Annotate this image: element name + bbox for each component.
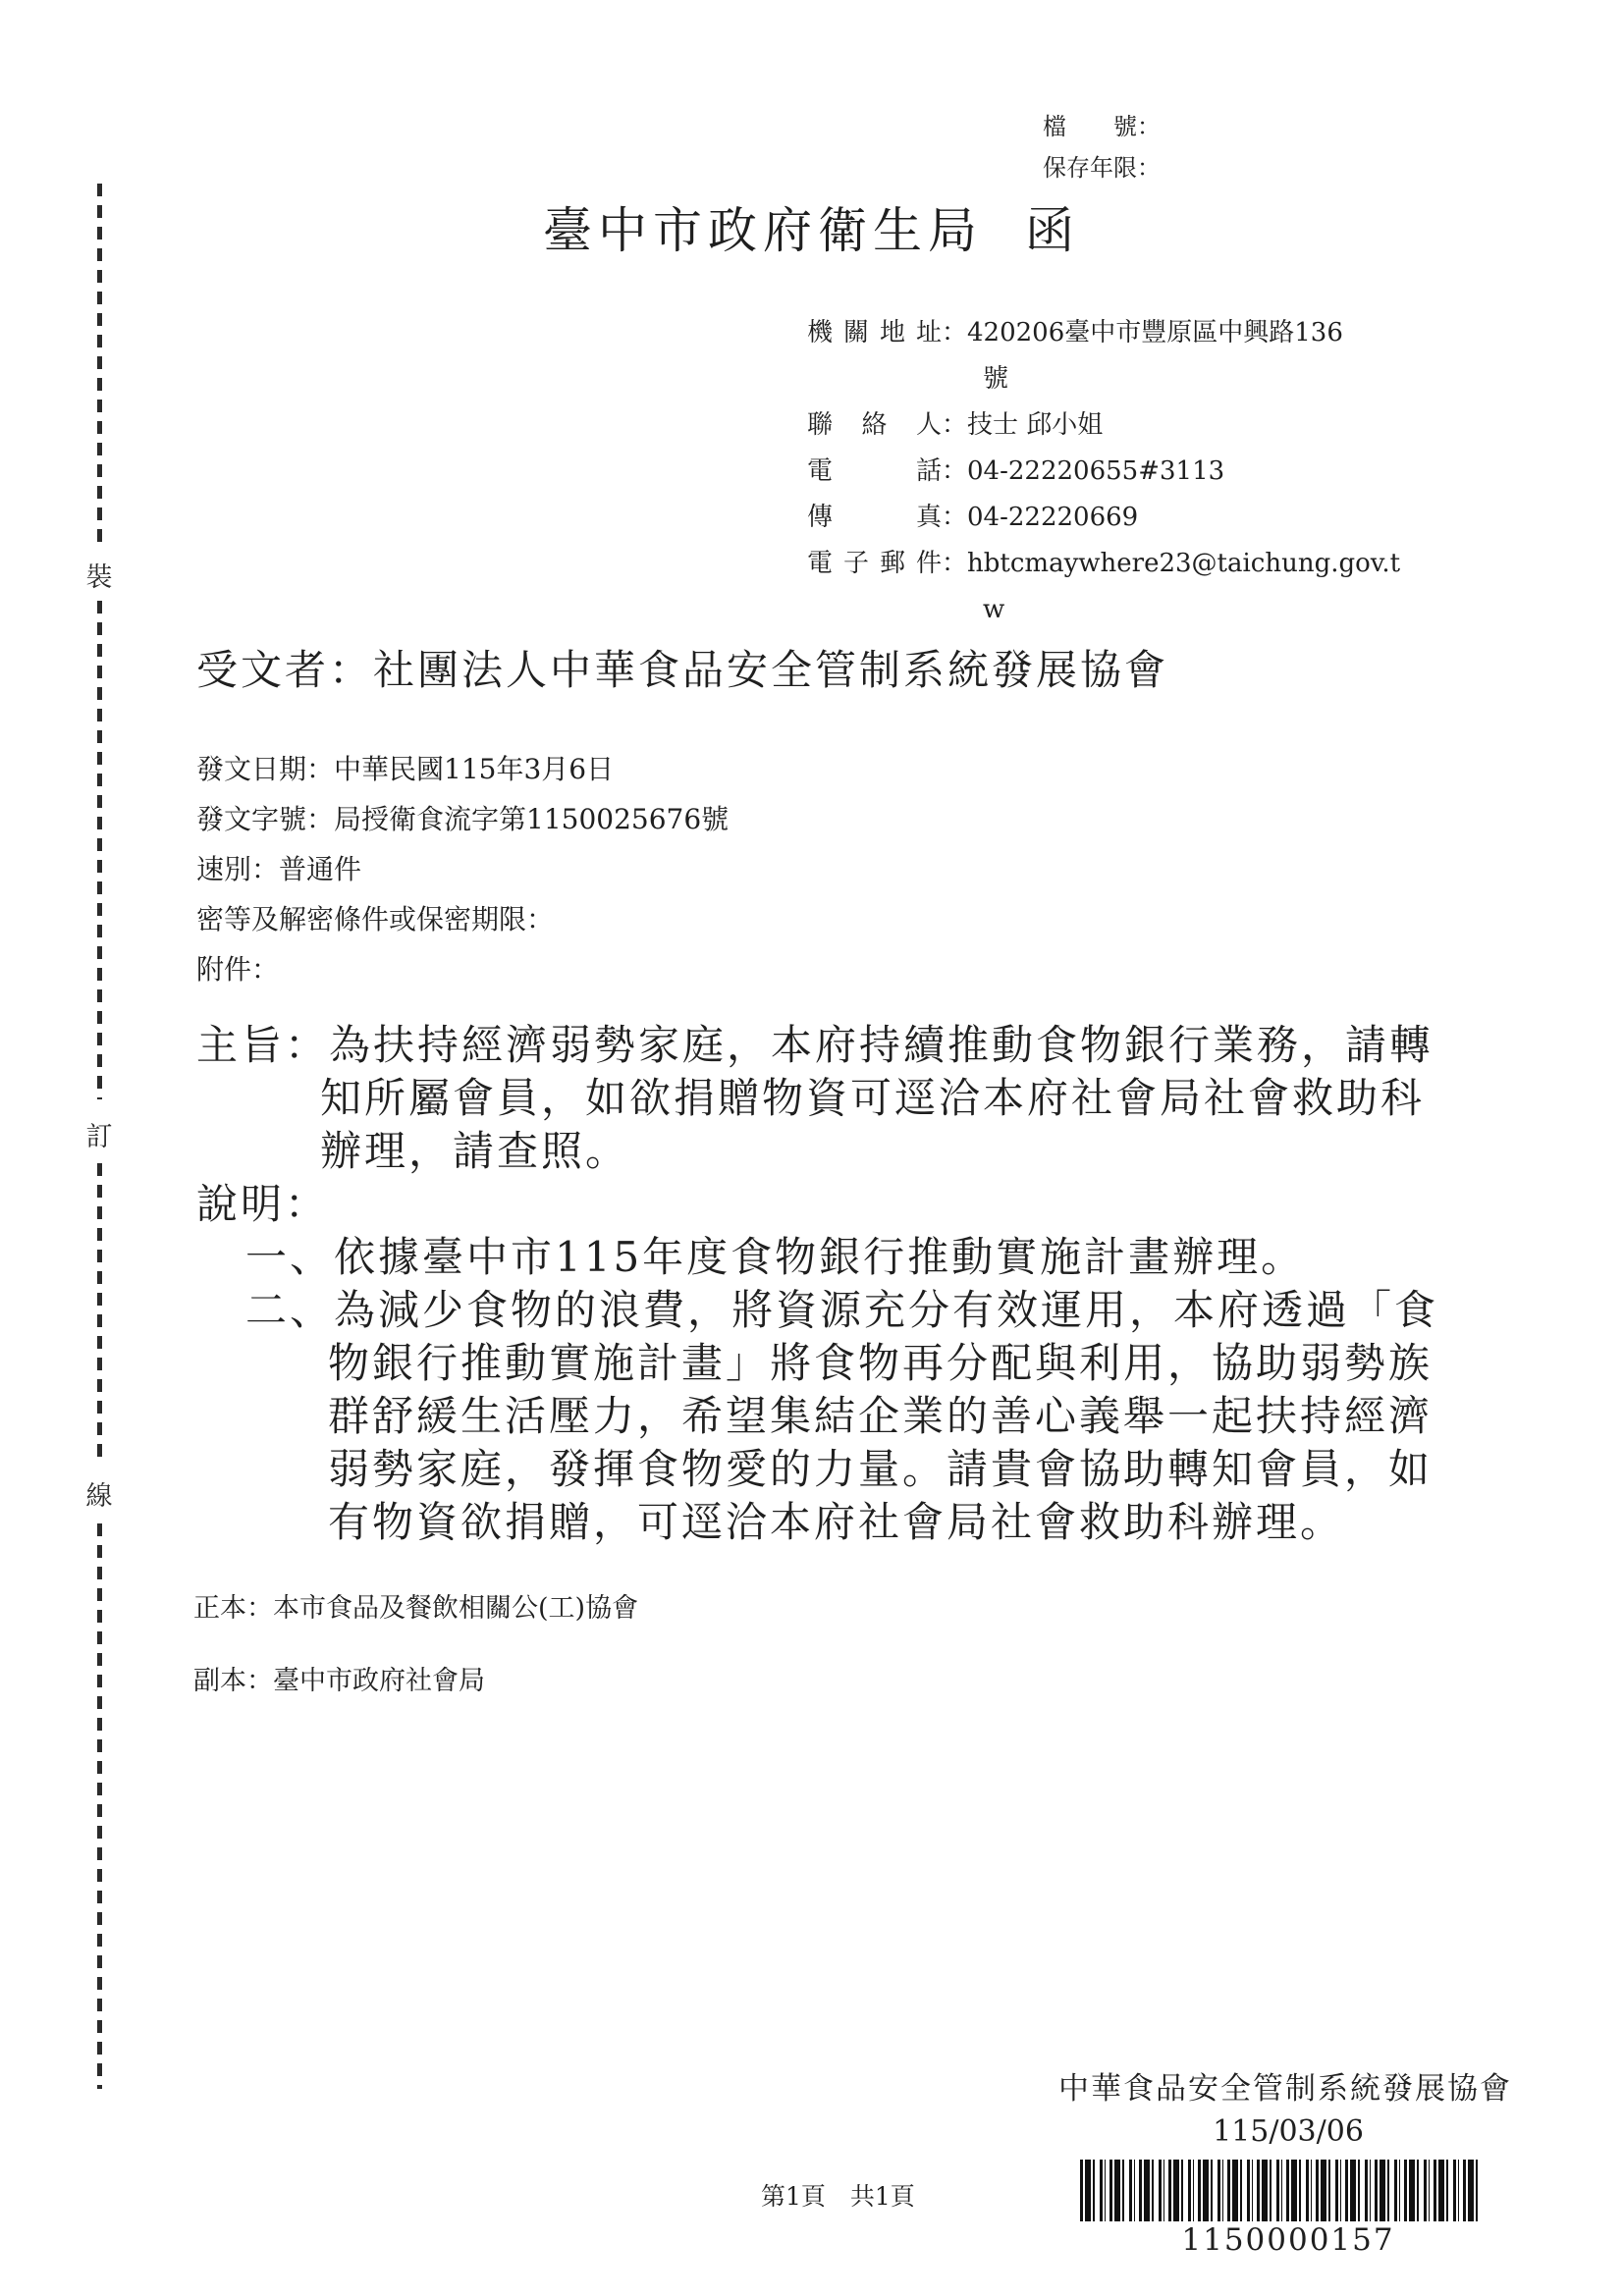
item-text: 為減少食物的浪費，將資源充分有效運用，本府透過「食: [334, 1286, 1438, 1334]
description-item-2: 二、為減少食物的浪費，將資源充分有效運用，本府透過「食 物銀行推動實施計畫」將食…: [245, 1284, 1512, 1549]
document-type: 函: [1025, 191, 1080, 262]
subject-line: 知所屬會員，如欲捐贈物資可逕洽本府社會局社會救助科: [196, 1072, 1512, 1125]
contact-label: 電話: [807, 449, 942, 495]
barcode-number: 1150000157: [1161, 2222, 1416, 2258]
item-text-line: 有物資欲捐贈，可逕洽本府社會局社會救助科辦理。: [245, 1496, 1512, 1549]
priority-line: 速別：普通件: [196, 844, 729, 894]
classification-line: 密等及解密條件或保密期限：: [196, 894, 729, 944]
contact-colon: ：: [942, 495, 967, 541]
contact-value-line: w: [967, 587, 1494, 633]
attachment-line: 附件：: [196, 944, 729, 994]
official-letter-page: 裝 訂 線 檔 號： 保存年限： 臺中市政府衛生局函 機關地址： 420206臺…: [0, 0, 1623, 2296]
contact-label: 傳真: [807, 495, 942, 541]
contact-row-phone: 電話： 04-22220655#3113: [807, 449, 1494, 495]
item-text-line: 物銀行推動實施計畫」將食物再分配與利用，協助弱勢族: [245, 1337, 1512, 1390]
receiver-org-stamp: 中華食品安全管制系統發展協會: [1058, 2063, 1512, 2108]
copies-block: 正本：本市食品及餐飲相關公(工)協會 副本：臺中市政府社會局: [193, 1573, 638, 1718]
issue-date-line: 發文日期：中華民國115年3月6日: [196, 744, 729, 794]
file-number-block: 檔 號： 保存年限：: [1043, 106, 1161, 188]
issuing-agency-name: 臺中市政府衛生局: [543, 191, 983, 262]
document-title: 臺中市政府衛生局函: [0, 196, 1623, 257]
contact-colon: ：: [942, 449, 967, 495]
binding-label-xian: 線: [82, 1474, 116, 1513]
contact-label: 電子郵件: [807, 541, 942, 587]
retention-period-label: 保存年限：: [1043, 147, 1161, 188]
contact-colon: ：: [942, 402, 967, 449]
subject-text: 為扶持經濟弱勢家庭，本府持續推動食物銀行業務，請轉: [329, 1021, 1434, 1069]
contact-row-email: 電子郵件： hbtcmaywhere23@taichung.gov.t w: [807, 541, 1494, 633]
original-copy-line: 正本：本市食品及餐飲相關公(工)協會: [193, 1573, 638, 1645]
page-number-info: 第1頁 共1頁: [761, 2177, 915, 2213]
item-number: 二、: [245, 1284, 334, 1337]
contact-row-fax: 傳真： 04-22220669: [807, 495, 1494, 541]
contact-value-line: 04-22220669: [967, 495, 1494, 541]
contact-value-line: 號: [967, 356, 1494, 402]
subject-label: 主旨：: [196, 1019, 329, 1072]
item-text-line: 群舒緩生活壓力，希望集結企業的善心義舉一起扶持經濟: [245, 1390, 1512, 1443]
item-text-line: 弱勢家庭，發揮食物愛的力量。請貴會協助轉知會員，如: [245, 1443, 1512, 1496]
binding-label-zhuang: 裝: [82, 556, 116, 594]
contact-row-person: 聯絡人： 技士 邱小姐: [807, 402, 1494, 449]
recipient-line: 受文者：社團法人中華食品安全管制系統發展協會: [196, 638, 1168, 697]
binding-dashed-line-segment: [97, 1523, 102, 2089]
contact-label: 機關地址: [807, 310, 942, 356]
barcode: [1080, 2160, 1481, 2221]
binding-dashed-line-segment: [97, 601, 102, 1099]
received-date: 115/03/06: [1161, 2114, 1416, 2149]
contact-value-line: 技士 邱小姐: [967, 402, 1494, 449]
file-number-label: 檔 號：: [1043, 106, 1161, 147]
description-label: 說明：: [196, 1178, 1512, 1231]
sender-contact-block: 機關地址： 420206臺中市豐原區中興路136 號 聯絡人： 技士 邱小姐 電…: [807, 310, 1494, 633]
document-meta-block: 發文日期：中華民國115年3月6日 發文字號：局授衛食流字第1150025676…: [196, 744, 729, 994]
item-number: 一、: [245, 1231, 334, 1284]
letter-body: 主旨：為扶持經濟弱勢家庭，本府持續推動食物銀行業務，請轉 知所屬會員，如欲捐贈物…: [196, 1019, 1512, 1549]
contact-value-line: hbtcmaywhere23@taichung.gov.t: [967, 541, 1494, 587]
issue-number-line: 發文字號：局授衛食流字第1150025676號: [196, 794, 729, 844]
item-text: 依據臺中市115年度食物銀行推動實施計畫辦理。: [334, 1233, 1305, 1281]
contact-value-line: 04-22220655#3113: [967, 449, 1494, 495]
description-item-1: 一、依據臺中市115年度食物銀行推動實施計畫辦理。: [245, 1231, 1512, 1284]
contact-colon: ：: [942, 310, 967, 356]
contact-colon: ：: [942, 541, 967, 587]
binding-dashed-line-segment: [97, 1163, 102, 1461]
subject-line: 辦理，請查照。: [196, 1125, 1512, 1178]
binding-label-ding: 訂: [82, 1115, 116, 1153]
contact-label: 聯絡人: [807, 402, 942, 449]
cc-copy-line: 副本：臺中市政府社會局: [193, 1645, 638, 1718]
contact-row-address: 機關地址： 420206臺中市豐原區中興路136 號: [807, 310, 1494, 402]
subject-line: 主旨：為扶持經濟弱勢家庭，本府持續推動食物銀行業務，請轉: [196, 1019, 1512, 1072]
contact-value-line: 420206臺中市豐原區中興路136: [967, 310, 1494, 356]
